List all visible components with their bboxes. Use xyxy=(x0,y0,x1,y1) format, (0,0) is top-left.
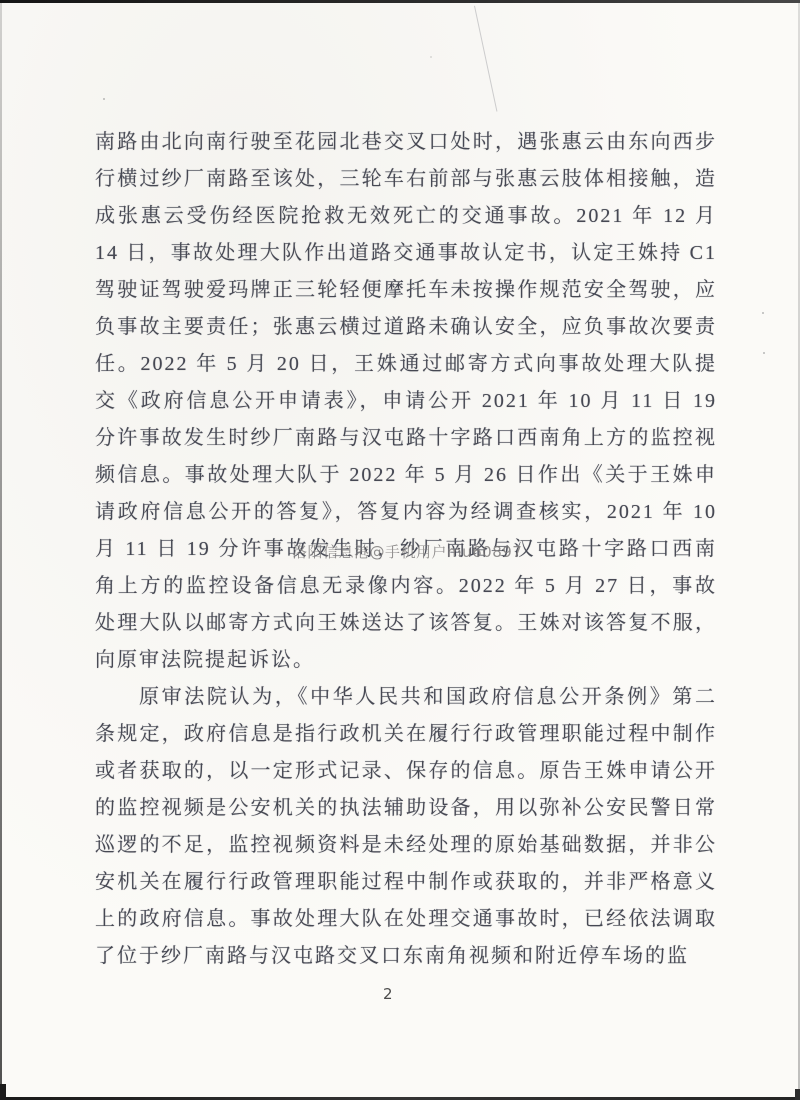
scan-speck xyxy=(763,352,765,354)
scan-corner-bottom-right xyxy=(795,1089,800,1100)
scan-speck xyxy=(430,56,432,58)
watermark: 洛阳信息港@手机用户mu60897 xyxy=(292,541,522,562)
scan-corner-bottom-left xyxy=(0,1084,6,1100)
scan-speck xyxy=(762,312,764,314)
scan-edge-top xyxy=(0,0,800,3)
scan-scratch-line xyxy=(474,6,497,112)
page-number: 2 xyxy=(383,985,393,1003)
body-paragraph: 南路由北向南行驶至花园北巷交叉口处时，遇张惠云由东向西步行横过纱厂南路至该处，三… xyxy=(95,124,717,679)
scanned-page: 南路由北向南行驶至花园北巷交叉口处时，遇张惠云由东向西步行横过纱厂南路至该处，三… xyxy=(0,0,800,1100)
scan-speck xyxy=(103,98,105,100)
body-paragraph: 原审法院认为，《中华人民共和国政府信息公开条例》第二条规定，政府信息是指行政机关… xyxy=(95,679,717,975)
scan-edge-left xyxy=(0,3,2,1097)
